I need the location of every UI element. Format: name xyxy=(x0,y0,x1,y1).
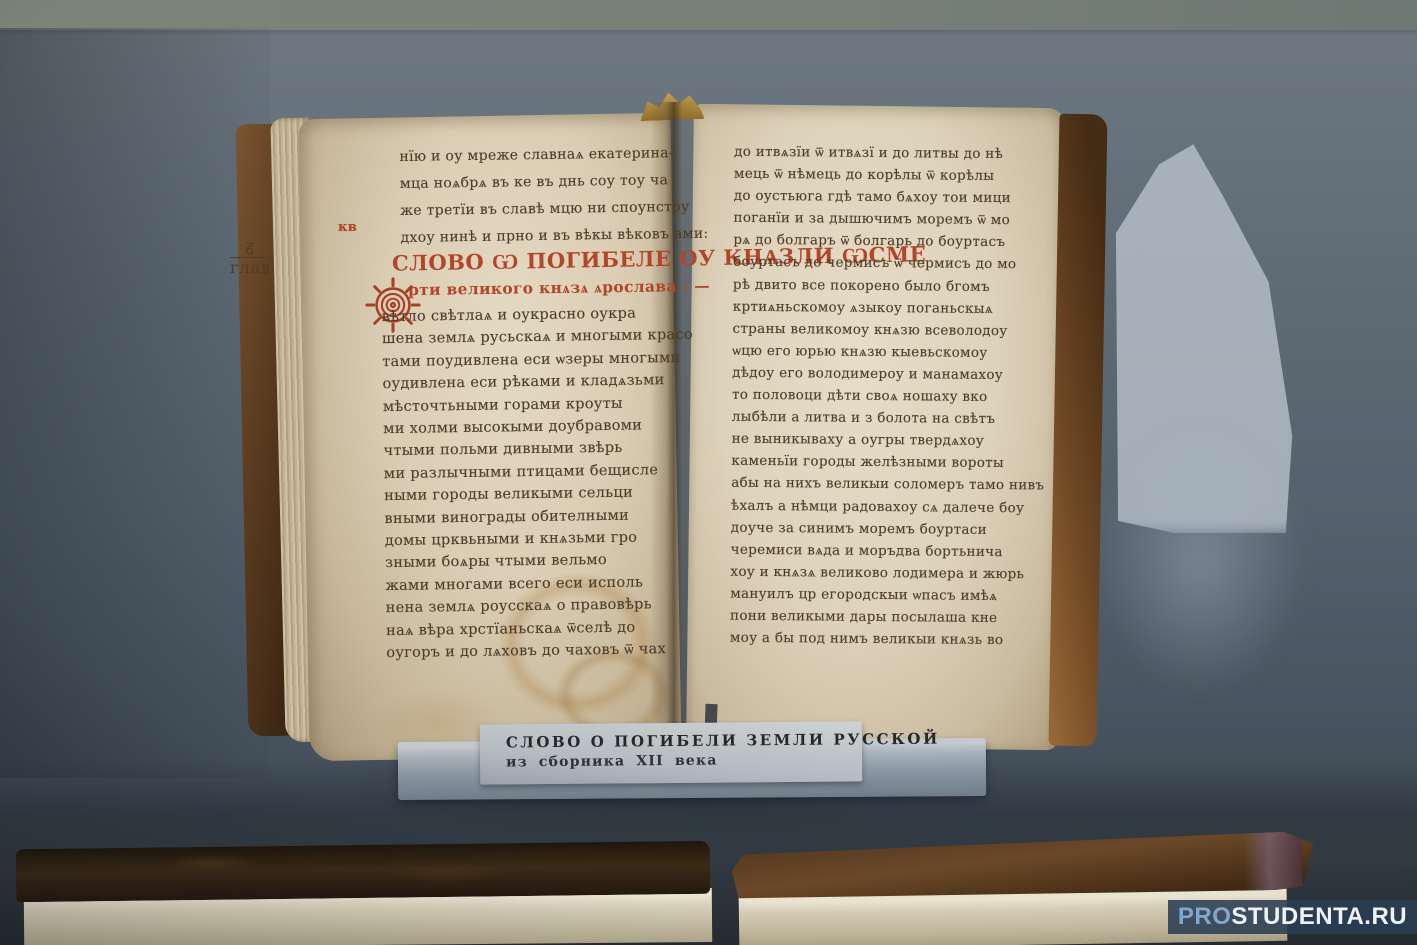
manuscript-line: боуртасъ до чермисъ ѿ чермисъ до мо xyxy=(733,251,1033,276)
manuscript-line: дѣдоу его володимероу и манамахоу xyxy=(732,362,1032,387)
manuscript-line: оугоръ и до лѧховъ до чаховъ ѿ чах xyxy=(386,638,686,665)
manuscript-line: же третїи въ славѣ мцю ни споунстоу xyxy=(400,194,685,225)
manuscript-line: черемиси вѧда и моръдва бортьнича xyxy=(731,538,1031,563)
manuscript-line: абы на нихъ великыи соломеръ тамо нивъ xyxy=(731,472,1031,497)
museum-photo: нїю и оу мреже славнаѧ екатерина-мца ноѧ… xyxy=(0,0,1417,945)
exhibit-title: СЛОВО О ПОГИБЕЛИ ЗЕМЛИ РУССКОЙ xyxy=(506,730,852,751)
manuscript-line: до итвѧзїи ѿ итвѧзї и до литвы до нѣ xyxy=(734,141,1034,166)
margin-note-kv: кв xyxy=(338,220,357,235)
site-watermark: PROSTUDENTA.RU xyxy=(1168,900,1417,934)
left-page-top-text: нїю и оу мреже славнаѧ екатерина-мца ноѧ… xyxy=(399,140,685,252)
closed-book-right-worn-edge xyxy=(1243,831,1303,891)
manuscript-line: ѡцю его юрью кнѧзю кыевьскомоу xyxy=(732,340,1032,365)
manuscript-line: пони великыми дары посылаша кне xyxy=(730,605,1030,630)
manuscript-line: рѧ до болгаръ ѿ болгарь до боуртасъ xyxy=(733,229,1033,254)
margin-note-glava: глав xyxy=(230,258,271,277)
manuscript-line: мца ноѧбрѧ въ ке въ днь соу тоу ча xyxy=(400,167,685,198)
manuscript-line: мануилъ цр егородскыи ѡпасъ имѣѧ xyxy=(730,583,1030,608)
manuscript-line: не выникываху а оугры твердѧхоу xyxy=(732,428,1032,453)
wall-shadow-left xyxy=(0,28,270,778)
manuscript-line: нїю и оу мреже славнаѧ екатерина- xyxy=(399,140,684,171)
manuscript-line: оудивлена еси рѣками и кладѧзьми xyxy=(382,369,682,396)
manuscript-line: хоу и кнѧзѧ великово лодимера и жюрь xyxy=(730,560,1030,585)
manuscript-line: мець ѿ нѣмець до корѣлы ѿ корѣлы xyxy=(734,163,1034,188)
manuscript-line: рѣ двито все покорено было бгомъ xyxy=(733,273,1033,298)
open-manuscript-book: нїю и оу мреже славнаѧ екатерина-мца ноѧ… xyxy=(242,96,1110,772)
watermark-pro-text: PRO xyxy=(1178,903,1232,931)
manuscript-line: лыбѣли а литва и з болота на свѣтъ xyxy=(732,406,1032,431)
left-page-body-text: вѣтло свѣтлаѧ и оукрасно оукрашена землѧ… xyxy=(382,302,687,665)
margin-note-b: б xyxy=(246,244,254,259)
manuscript-line: нена землѧ роусскаѧ о правовѣрь xyxy=(386,593,686,620)
rubric-heading-line-2: рти великого кнѧзѧ ѧрослава : — xyxy=(408,276,710,300)
manuscript-line: страны великомоу кнѧзю всеволодоу xyxy=(732,317,1032,342)
manuscript-line: ми разлычными птицами бещисле xyxy=(384,459,684,486)
manuscript-line: ми холми высокыми доубравоми xyxy=(383,414,683,441)
manuscript-line: ѣхалъ а нѣмци радовахоу сѧ далече боу xyxy=(731,494,1031,519)
manuscript-line: каменьїи городы желѣзными вороты xyxy=(731,450,1031,475)
closed-book-left-cover xyxy=(16,841,711,902)
right-cover-edge xyxy=(1048,114,1107,747)
watermark-domain-text: STUDENTA.RU xyxy=(1231,903,1407,931)
manuscript-line: кртиѧньскомоу ѧзыкоу поганьскыѧ xyxy=(733,295,1033,320)
exhibit-subtitle: из сборника XII века xyxy=(506,751,852,770)
exhibit-label-plate: СЛОВО О ПОГИБЕЛИ ЗЕМЛИ РУССКОЙ из сборни… xyxy=(480,721,863,784)
manuscript-line: до оустьюга гдѣ тамо бѧхоу тои мици xyxy=(734,185,1034,210)
right-page-text: до итвѧзїи ѿ итвѧзї и до литвы до нѣмець… xyxy=(730,141,1034,652)
manuscript-line: то половоци дѣти своѧ ношаху вко xyxy=(732,384,1032,409)
manuscript-line: доуче за синимъ моремъ боуртаси xyxy=(731,516,1031,541)
manuscript-line: моу а бы под нимъ великыи кнѧзь во xyxy=(730,627,1030,652)
manuscript-line: поганїи и за дышючимъ моремъ ѿ мо xyxy=(733,207,1033,232)
wall-top-strip xyxy=(0,0,1417,30)
